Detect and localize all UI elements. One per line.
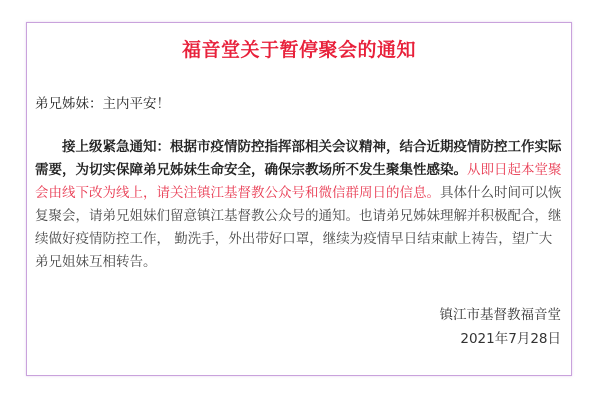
notice-box: 福音堂关于暂停聚会的通知 弟兄姊妹：主内平安！ 接上级紧急通知：根据市疫情防控指… xyxy=(26,22,572,376)
notice-title: 福音堂关于暂停聚会的通知 xyxy=(27,35,571,62)
signature-organization: 镇江市基督教福音堂 xyxy=(440,303,562,323)
notice-body: 接上级紧急通知：根据市疫情防控指挥部相关会议精神，结合近期疫情防控工作实际需要，… xyxy=(35,136,563,274)
greeting: 弟兄姊妹：主内平安！ xyxy=(35,92,170,112)
signature-date: 2021年7月28日 xyxy=(460,327,561,347)
